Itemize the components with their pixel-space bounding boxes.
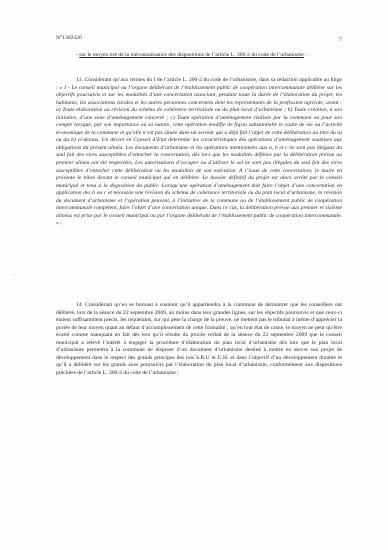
margin-mark: + bbox=[12, 273, 15, 278]
heading-suffix: : bbox=[304, 52, 307, 58]
paragraph-14: 14. Considérant qu’en se bornant à soute… bbox=[56, 302, 342, 377]
heading-underlined: sur le moyen tiré de la méconnaissance d… bbox=[79, 52, 303, 58]
section-heading: - sur le moyen tiré de la méconnaissance… bbox=[56, 52, 342, 59]
paragraph-13-outro: » ; bbox=[56, 220, 62, 226]
page-number: 7 bbox=[339, 37, 342, 43]
paragraph-13-quote: I - Le conseil municipal ou l’organe dél… bbox=[56, 85, 342, 219]
paragraph-13: 13. Considérant qu’aux termes du I de l’… bbox=[56, 77, 342, 228]
document-number: N°1302426 bbox=[56, 35, 82, 41]
